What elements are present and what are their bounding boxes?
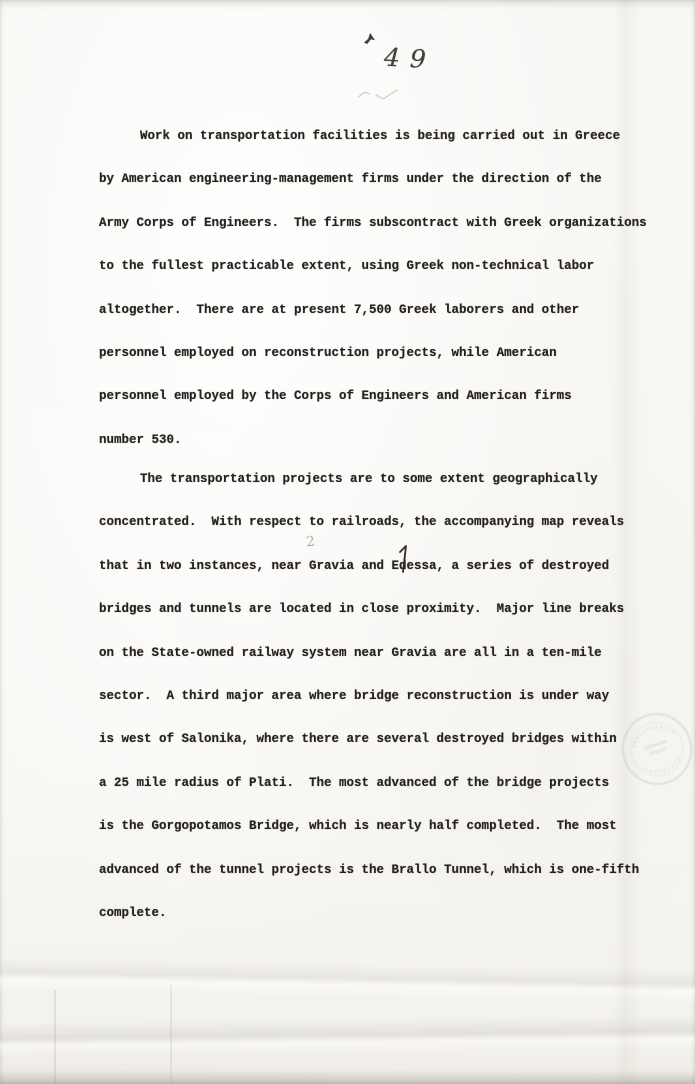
- typed-line: concentrated. With respect to railroads,…: [99, 501, 659, 544]
- handwritten-page-number: 49: [383, 43, 436, 75]
- page-top-edge-shadow: [0, 0, 695, 10]
- paragraph-1: Work on transportation facilities is bei…: [99, 115, 659, 462]
- typed-line: is west of Salonika, where there are sev…: [99, 718, 659, 761]
- typed-line: Work on transportation facilities is bei…: [99, 115, 659, 158]
- typed-line: that in two instances, near Gravia and E…: [99, 545, 659, 588]
- typed-line: altogether. There are at present 7,500 G…: [99, 289, 659, 332]
- typed-line: a 25 mile radius of Plati. The most adva…: [99, 762, 659, 805]
- paper-crease: [54, 990, 56, 1084]
- paper-crease: [0, 991, 695, 1075]
- typed-line: by American engineering-management firms…: [99, 158, 659, 201]
- typed-line: personnel employed on reconstruction pro…: [99, 332, 659, 375]
- pencil-number-annotation: 2: [305, 534, 316, 551]
- typed-line: Army Corps of Engineers. The firms subsc…: [99, 202, 659, 245]
- typed-line: to the fullest practicable extent, using…: [99, 245, 659, 288]
- typed-line: advanced of the tunnel projects is the B…: [99, 849, 659, 892]
- typed-line: sector. A third major area where bridge …: [99, 675, 659, 718]
- document-page: 49 Work on transportation facilities is …: [0, 0, 695, 1084]
- paper-crease: [170, 985, 172, 1084]
- typed-line: personnel employed by the Corps of Engin…: [99, 375, 659, 418]
- ink-blot-mark: [364, 33, 375, 44]
- page-bottom-edge-shadow: [0, 1070, 695, 1084]
- paragraph-2: The transportation projects are to some …: [99, 458, 659, 935]
- paper-crease: [0, 925, 695, 1031]
- typed-line: is the Gorgopotamos Bridge, which is nea…: [99, 805, 659, 848]
- typed-line: number 530.: [99, 419, 659, 462]
- typed-line: The transportation projects are to some …: [99, 458, 659, 501]
- typed-line: bridges and tunnels are located in close…: [99, 588, 659, 631]
- pencil-squiggle-mark: [356, 84, 404, 104]
- typed-line: complete.: [99, 892, 659, 935]
- handwritten-caret-mark: [396, 540, 412, 574]
- typed-line: on the State-owned railway system near G…: [99, 632, 659, 675]
